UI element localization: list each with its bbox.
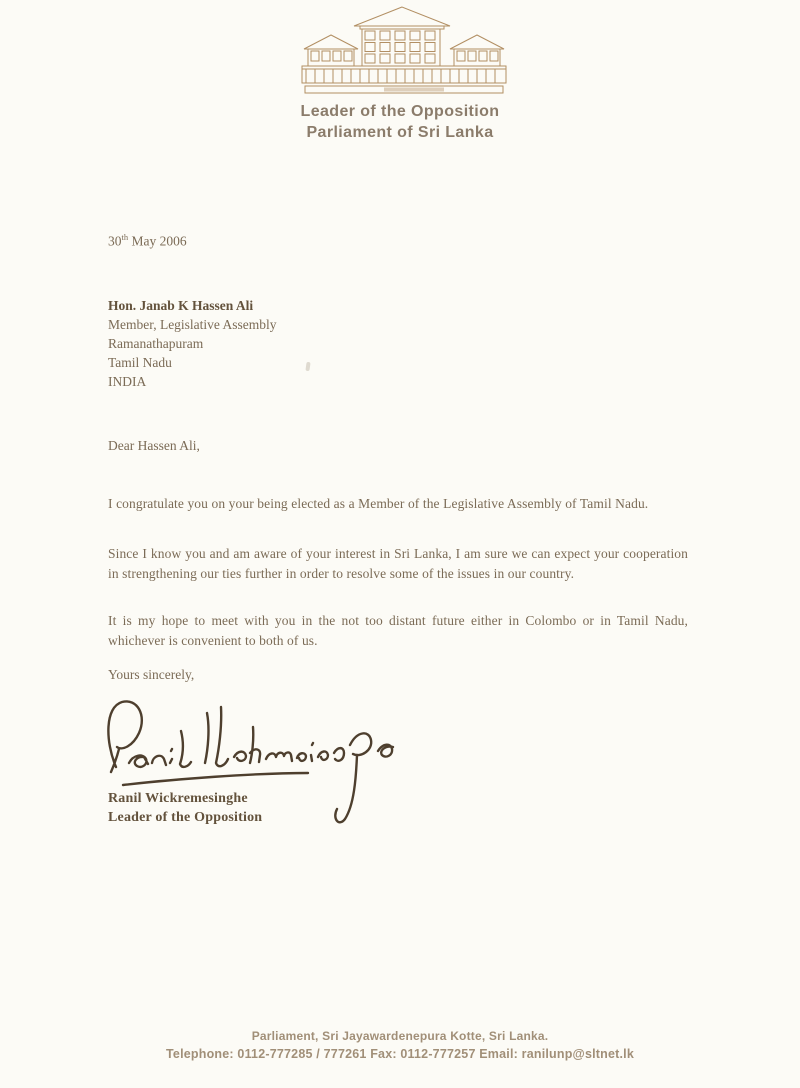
letterhead-title-line1: Leader of the Opposition [0, 101, 800, 122]
recipient-name: Hon. Janab K Hassen Ali [108, 296, 277, 315]
body-paragraph-3: It is my hope to meet with you in the no… [108, 611, 688, 650]
signatory-name: Ranil Wickremesinghe [108, 789, 262, 808]
footer-address: Parliament, Sri Jayawardenepura Kotte, S… [0, 1029, 800, 1043]
signatory-block: Ranil Wickremesinghe Leader of the Oppos… [108, 789, 262, 827]
closing: Yours sincerely, [108, 667, 194, 683]
date-day: 30 [108, 234, 122, 249]
parliament-building-emblem [298, 6, 510, 98]
salutation: Dear Hassen Ali, [108, 438, 200, 454]
recipient-address-line: INDIA [108, 372, 277, 391]
letter-page: Leader of the Opposition Parliament of S… [0, 0, 800, 1088]
letter-date: 30th May 2006 [108, 232, 187, 250]
letterhead-title: Leader of the Opposition Parliament of S… [0, 101, 800, 143]
body-paragraph-2: Since I know you and am aware of your in… [108, 544, 688, 583]
body-paragraph-1: I congratulate you on your being elected… [108, 494, 688, 514]
signatory-title: Leader of the Opposition [108, 808, 262, 827]
footer-contact: Telephone: 0112-777285 / 777261 Fax: 011… [0, 1047, 800, 1061]
scan-artifact [305, 362, 310, 371]
date-rest: May 2006 [128, 234, 187, 249]
recipient-address-line: Ramanathapuram [108, 334, 277, 353]
letterhead-title-line2: Parliament of Sri Lanka [0, 122, 800, 143]
recipient-address-line: Member, Legislative Assembly [108, 315, 277, 334]
recipient-address-line: Tamil Nadu [108, 353, 277, 372]
recipient-address-block: Hon. Janab K Hassen Ali Member, Legislat… [108, 296, 277, 391]
